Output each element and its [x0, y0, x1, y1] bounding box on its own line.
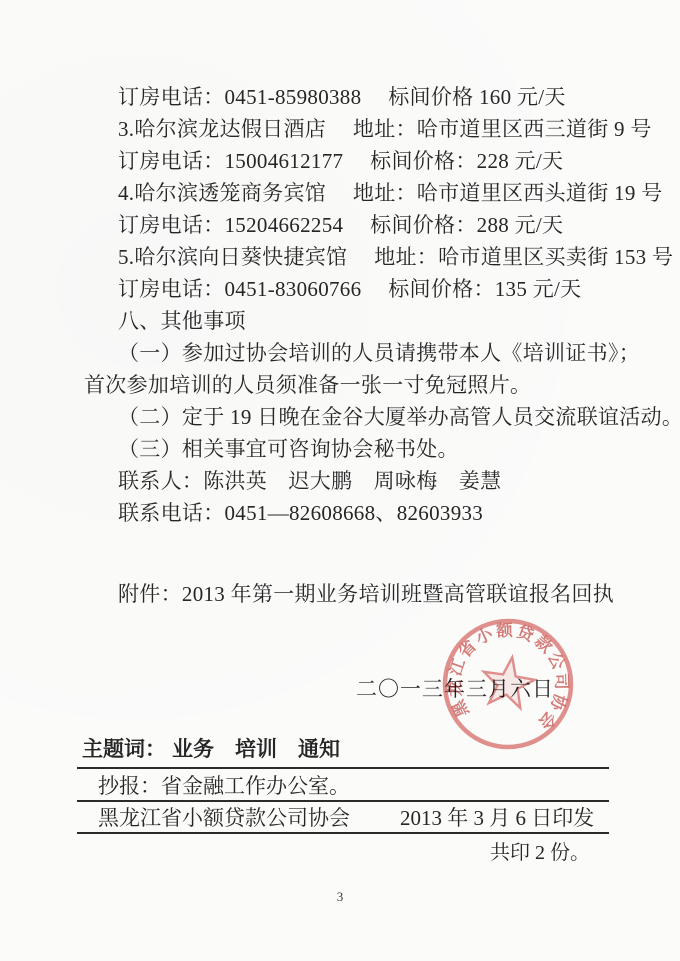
attachment-reference: 附件：2013 年第一期业务培训班暨高管联谊报名回执: [84, 578, 644, 610]
body-line: 3.哈尔滨龙达假日酒店 地址：哈市道里区西三道街 9 号: [84, 113, 644, 145]
body-line: 订房电话：15204662254 标间价格：288 元/天: [84, 209, 644, 241]
page-number: 3: [0, 889, 680, 905]
official-seal: 黑龙江省小额贷款公司协会: [433, 609, 583, 759]
copy-to-row: 抄报：省金融工作办公室。: [98, 772, 350, 800]
attachment-line: 附件：2013 年第一期业务培训班暨高管联谊报名回执: [84, 578, 644, 610]
body-line: （二）定于 19 日晚在金谷大厦举办高管人员交流联谊活动。: [84, 401, 644, 433]
subject-keywords-row: 主题词：业务 培训 通知: [82, 735, 340, 763]
body-line: （一）参加过协会培训的人员请携带本人《培训证书》；: [84, 337, 644, 369]
subject-label: 主题词：: [82, 737, 166, 761]
body-line: 4.哈尔滨透笼商务宾馆 地址：哈市道里区西头道街 19 号: [84, 177, 644, 209]
footer-divider: [77, 767, 609, 769]
body-line: 订房电话：0451-83060766 标间价格：135 元/天: [84, 273, 644, 305]
body-line: （三）相关事宜可咨询协会秘书处。: [84, 433, 644, 465]
body-line: 订房电话：0451-85980388 标间价格 160 元/天: [84, 81, 644, 113]
document-page: 订房电话：0451-85980388 标间价格 160 元/天 3.哈尔滨龙达假…: [0, 0, 680, 961]
print-date: 2013 年 3 月 6 日印发: [400, 804, 594, 832]
contacts-line: 联系人：陈洪英 迟大鹏 周咏梅 姜慧: [84, 465, 644, 497]
section-heading-other-matters: 八、其他事项: [84, 305, 644, 337]
body-line: 首次参加培训的人员须准备一张一寸免冠照片。: [84, 369, 644, 401]
body-line: 订房电话：15004612177 标间价格：228 元/天: [84, 145, 644, 177]
subject-terms: 业务 培训 通知: [172, 737, 340, 761]
official-seal-graphic: 黑龙江省小额贷款公司协会: [433, 609, 583, 759]
contact-phone-line: 联系电话：0451—82608668、82603933: [84, 497, 644, 529]
issuer-name: 黑龙江省小额贷款公司协会: [98, 804, 350, 832]
copies-count: 共印 2 份。: [490, 840, 590, 866]
document-body: 订房电话：0451-85980388 标间价格 160 元/天 3.哈尔滨龙达假…: [84, 81, 644, 529]
issue-info-row: 黑龙江省小额贷款公司协会 2013 年 3 月 6 日印发: [0, 804, 680, 834]
seal-star-icon: [479, 653, 537, 709]
body-line: 5.哈尔滨向日葵快捷宾馆 地址：哈市道里区买卖街 153 号: [84, 241, 644, 273]
footer-divider: [77, 832, 609, 834]
footer-divider: [77, 800, 609, 802]
